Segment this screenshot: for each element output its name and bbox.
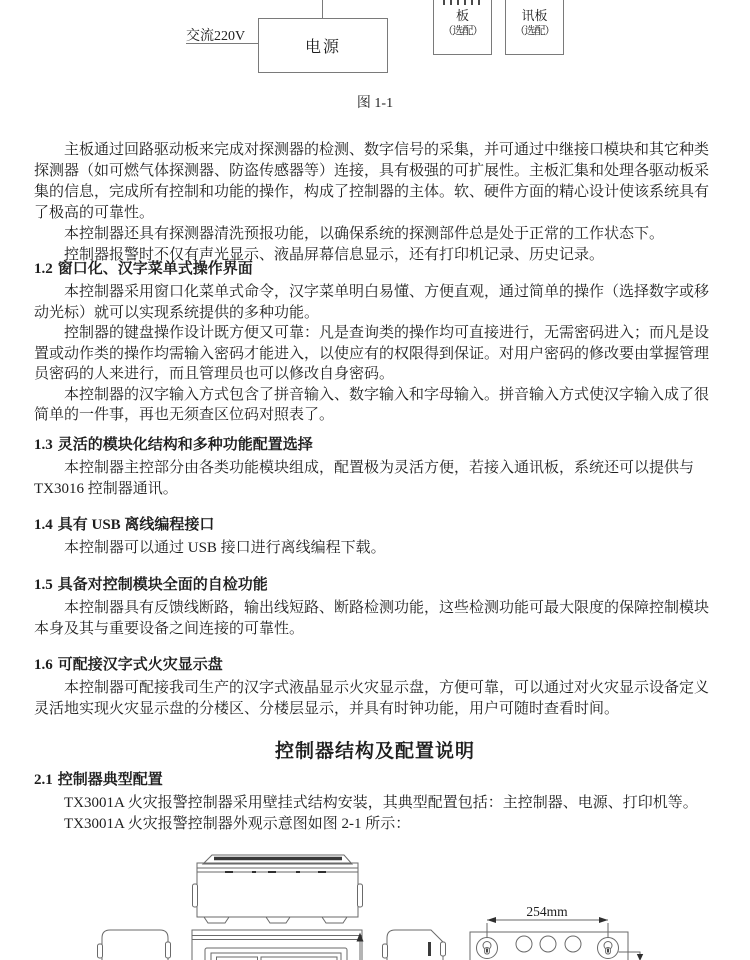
section-2-1: 2.1控制器典型配置 TX3001A 火灾报警控制器采用壁挂式结构安装，其典型配… (34, 770, 718, 834)
board-note: （选配） (506, 24, 563, 39)
section-1-6: 1.6可配接汉字式火灾显示盘 本控制器可配接我司生产的汉字式液晶显示火灾显示盘，… (34, 655, 718, 719)
section-title: 窗口化、汉字菜单式操作界面 (58, 261, 253, 277)
ac-input-line (186, 43, 258, 44)
paragraph: 本控制器主控部分由各类功能模块组成，配置极为灵活方便，若接入通讯板，系统还可以提… (34, 458, 718, 499)
paragraph: 本控制器可配接我司生产的汉字式液晶显示火灾显示盘，方便可靠，可以通过对火灾显示设… (34, 678, 718, 719)
board-note: （选配） (434, 24, 491, 39)
plate-hole (565, 936, 581, 952)
paragraph: 本控制器采用窗口化菜单式命令，汉字菜单明白易懂、方便直观，通过简单的操作（选择数… (34, 282, 718, 323)
left-side-view (98, 930, 171, 960)
figure-1-1-caption: 图 1-1 (320, 92, 430, 112)
front-view (192, 930, 362, 960)
figure-2-1-drawing: 254mm (0, 845, 750, 960)
section-heading: 2.1控制器典型配置 (34, 770, 718, 791)
dimension-label: 254mm (526, 904, 568, 919)
section-number: 1.4 (34, 517, 53, 533)
section-heading: 1.3灵活的模块化结构和多种功能配置选择 (34, 435, 718, 456)
optional-board-box-left: 板 （选配） (433, 0, 492, 55)
side-dimension-bracket (619, 952, 644, 960)
power-supply-label: 电源 (305, 34, 341, 57)
paragraph: 本控制器具有反馈线断路，输出线短路、断路检测功能，这些检测功能可最大限度的保障控… (34, 598, 718, 639)
ac-220v-label: 交流220V (186, 25, 245, 45)
paragraph: TX3001A 火灾报警控制器采用壁挂式结构安装，其典型配置包括：主控制器、电源… (34, 793, 718, 814)
chapter-heading: 控制器结构及配置说明 (0, 736, 750, 763)
display-bezel (205, 948, 347, 960)
board-name: 板 (434, 7, 491, 24)
intro-paragraphs: 主板通过回路驱动板来完成对探测器的检测、数字信号的采集，并可通过中继接口模块和其… (34, 140, 718, 266)
paragraph: 控制器的键盘操作设计既方便又可靠：凡是查询类的操作均可直接进行，无需密码进入；而… (34, 323, 718, 385)
clipped-text-fragment (443, 0, 482, 5)
section-number: 1.2 (34, 261, 53, 277)
section-title: 具有 USB 离线编程接口 (58, 517, 215, 533)
section-title: 灵活的模块化结构和多种功能配置选择 (58, 437, 313, 453)
top-view (193, 855, 363, 923)
section-1-4: 1.4具有 USB 离线编程接口 本控制器可以通过 USB 接口进行离线编程下载… (34, 515, 718, 559)
section-number: 1.3 (34, 437, 53, 453)
optional-board-box-right: 讯板 （选配） (505, 0, 564, 55)
right-side-view (383, 930, 446, 960)
paragraph: 本控制器的汉字输入方式包含了拼音输入、数字输入和字母输入。拼音输入方式使汉字输入… (34, 385, 718, 426)
keyhole-mount-right (598, 938, 619, 959)
power-supply-box: 电源 (258, 18, 388, 73)
section-1-2: 1.2窗口化、汉字菜单式操作界面 本控制器采用窗口化菜单式命令，汉字菜单明白易懂… (34, 259, 718, 426)
section-title: 控制器典型配置 (58, 772, 163, 788)
plate-hole (516, 936, 532, 952)
mounting-plate (470, 917, 643, 960)
paragraph: TX3001A 火灾报警控制器外观示意图如图 2-1 所示： (34, 814, 718, 835)
paragraph: 本控制器还具有探测器清洗预报功能，以确保系统的探测部件总是处于正常的工作状态下。 (34, 224, 718, 245)
paragraph: 本控制器可以通过 USB 接口进行离线编程下载。 (34, 538, 718, 559)
section-1-5: 1.5具备对控制模块全面的自检功能 本控制器具有反馈线断路，输出线短路、断路检测… (34, 575, 718, 639)
section-number: 1.6 (34, 657, 53, 673)
section-heading: 1.6可配接汉字式火灾显示盘 (34, 655, 718, 676)
keyhole-mount-left (477, 938, 498, 959)
section-heading: 1.2窗口化、汉字菜单式操作界面 (34, 259, 718, 280)
section-heading: 1.4具有 USB 离线编程接口 (34, 515, 718, 536)
plate-hole (540, 936, 556, 952)
section-title: 可配接汉字式火灾显示盘 (58, 657, 223, 673)
document-page: 电源 交流220V 板 （选配） 讯板 （选配） 图 1-1 主板通过回路驱动板… (0, 0, 750, 960)
section-number: 1.5 (34, 577, 53, 593)
section-1-3: 1.3灵活的模块化结构和多种功能配置选择 本控制器主控部分由各类功能模块组成，配… (34, 435, 718, 499)
spacer (506, 0, 563, 7)
section-number: 2.1 (34, 772, 53, 788)
connector-line (322, 0, 323, 18)
paragraph: 主板通过回路驱动板来完成对探测器的检测、数字信号的采集，并可通过中继接口模块和其… (34, 140, 718, 224)
board-name: 讯板 (506, 7, 563, 24)
section-title: 具备对控制模块全面的自检功能 (58, 577, 268, 593)
section-heading: 1.5具备对控制模块全面的自检功能 (34, 575, 718, 596)
